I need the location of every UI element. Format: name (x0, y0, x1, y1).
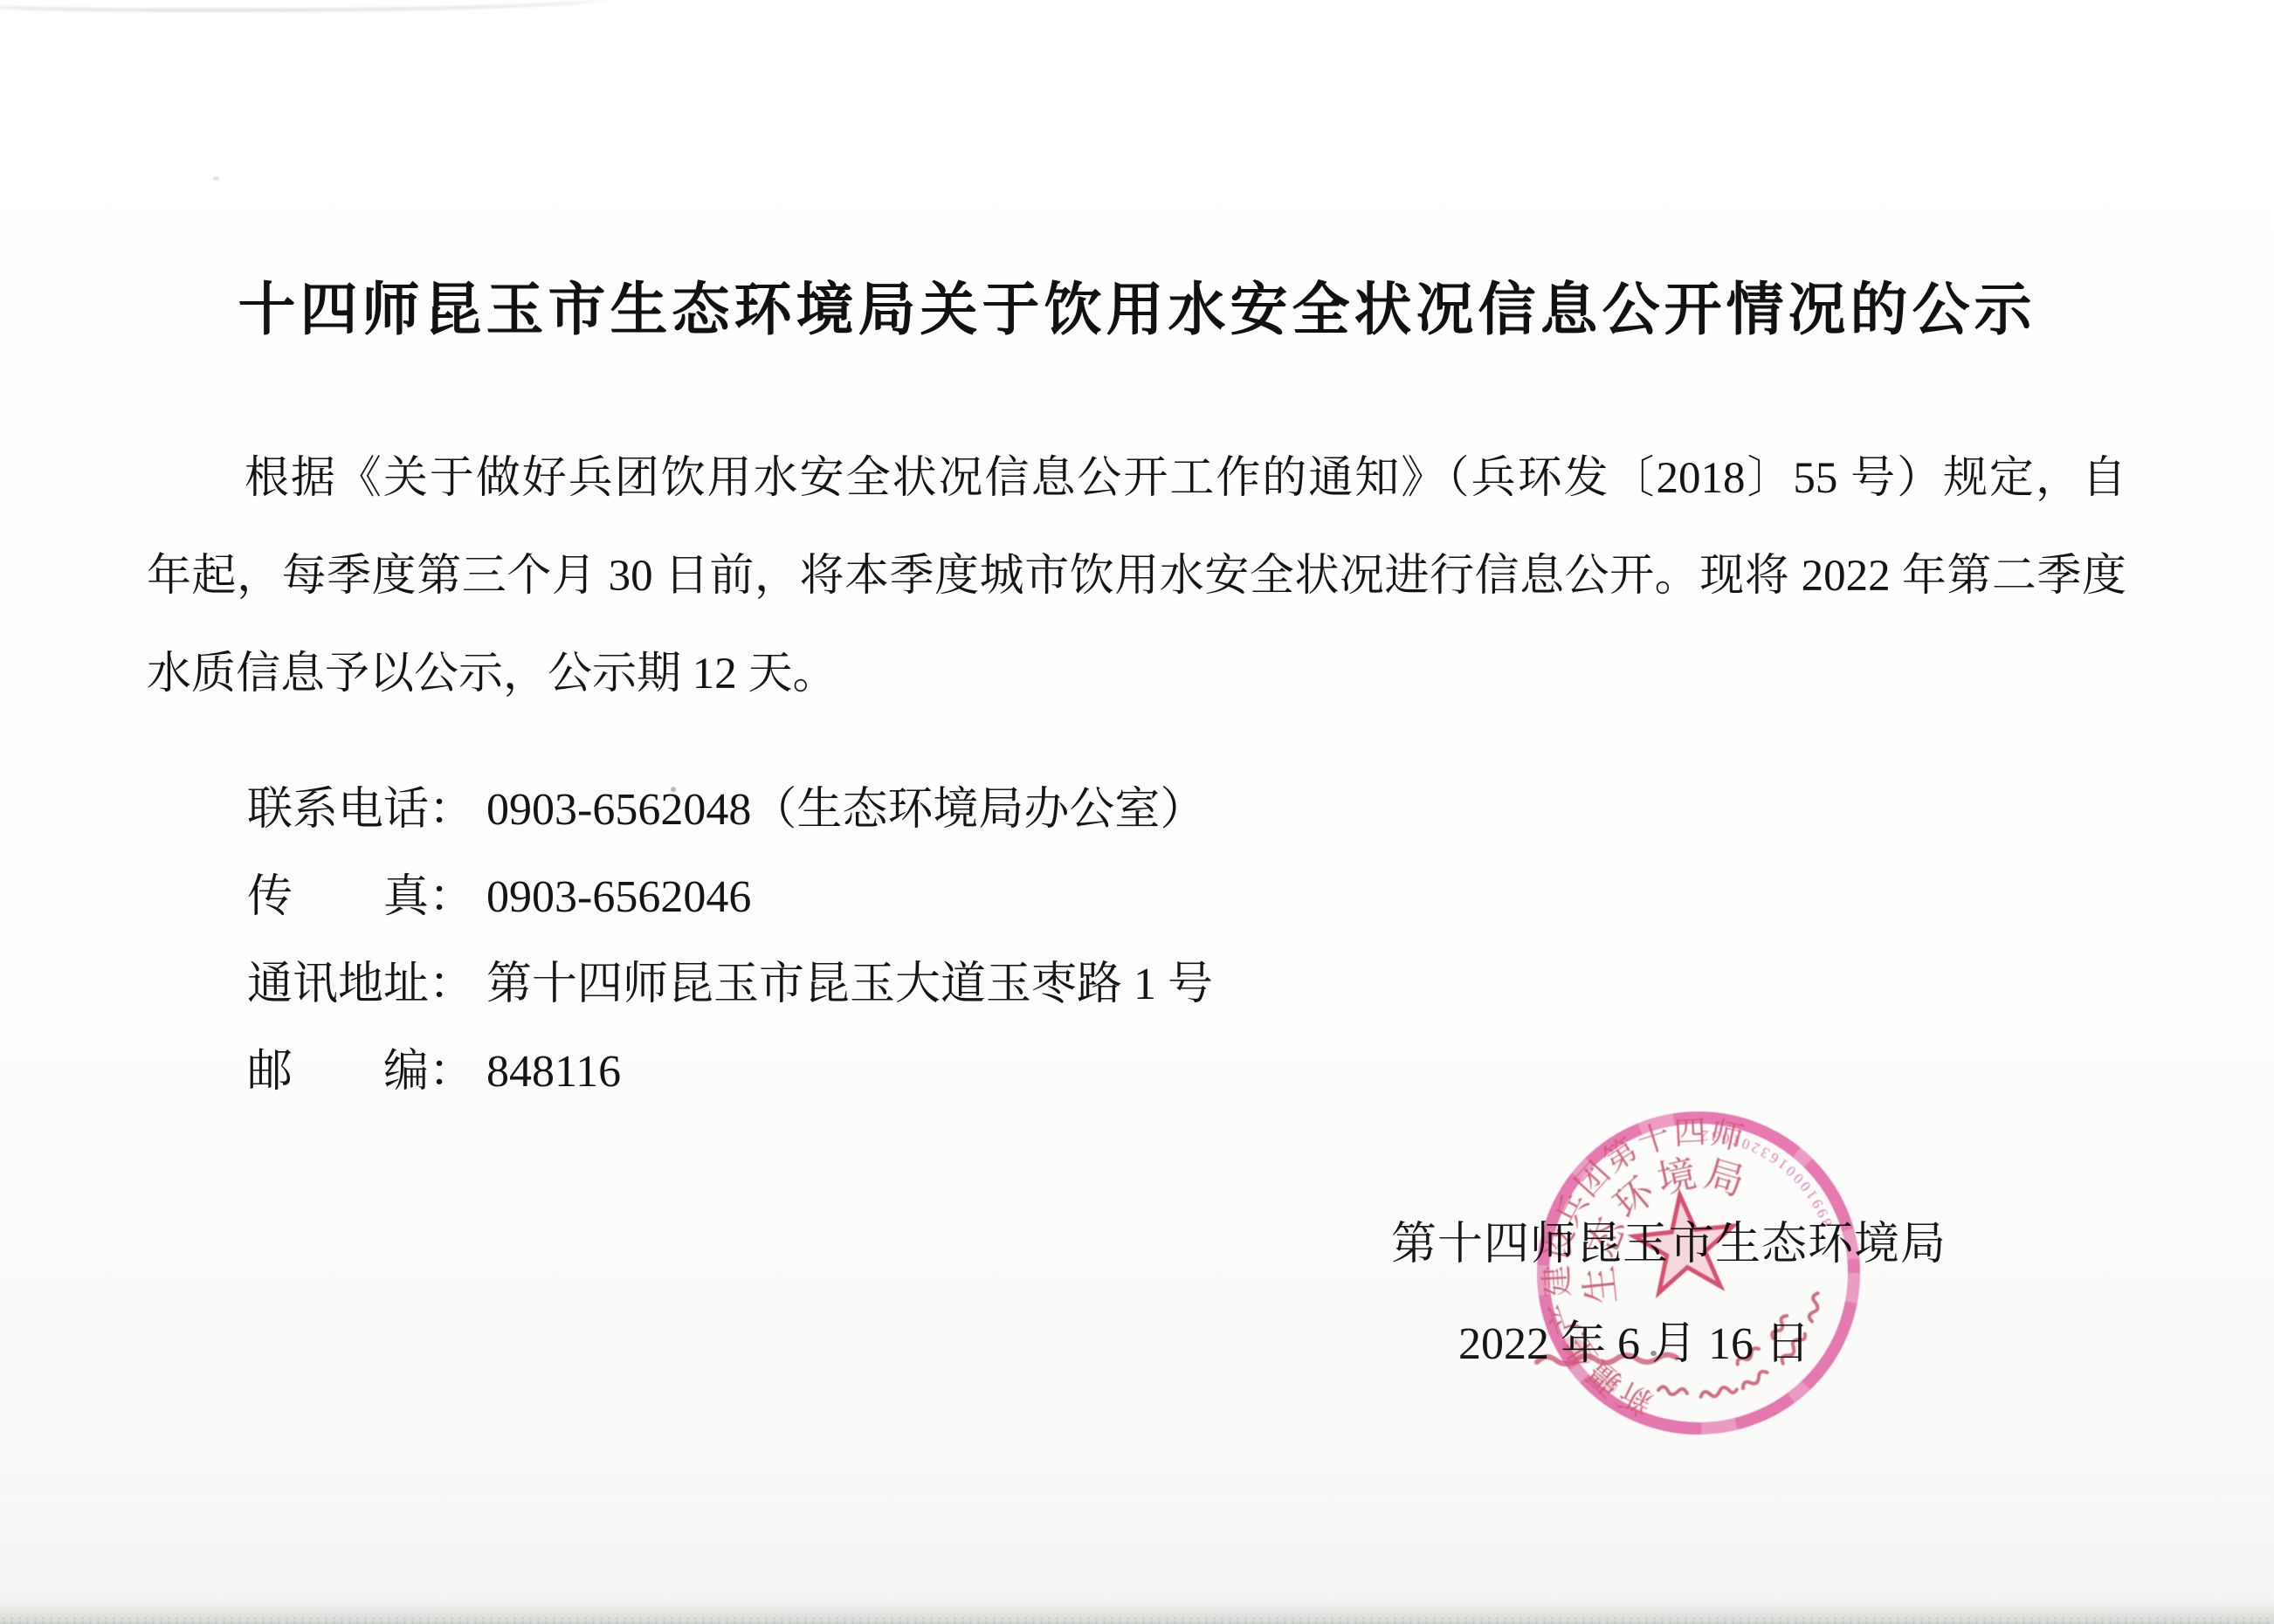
contact-value: 0903-6562048（生态环境局办公室） (486, 785, 1205, 835)
paragraph-line-1: 根据《关于做好兵团饮用水安全状况信息公开工作的通知》（兵环发〔2018〕55 号… (147, 430, 2126, 527)
contact-value: 第十四师昆玉市昆玉大道玉枣路 1 号 (486, 960, 1213, 1009)
body-paragraph: 根据《关于做好兵团饮用水安全状况信息公开工作的通知》（兵环发〔2018〕55 号… (147, 430, 2126, 723)
scan-speck (213, 176, 219, 181)
uyghur-arc-script (1658, 1292, 1822, 1399)
scanned-document-page: 十四师昆玉市生态环境局关于饮用水安全状况信息公开情况的公示 根据《关于做好兵团饮… (0, 0, 2274, 1624)
paragraph-line-2: 年起，每季度第三个月 30 日前，将本季度城市饮用水安全状况进行信息公开。现将 … (147, 527, 2126, 625)
contact-label: 通讯地址： (247, 960, 474, 1009)
contact-value: 0903-6562046 (486, 872, 751, 922)
contact-value: 848116 (486, 1047, 621, 1097)
official-seal-stamp: 新疆生产建设兵团第十四师 生态环境局 8991000163201032 (1471, 1046, 1926, 1500)
contact-row-fax: 传 真：0903-6562046 (247, 854, 1732, 941)
scan-bottom-speckle (0, 1616, 2274, 1624)
contact-row-phone: 联系电话：0903-6562048（生态环境局办公室） (247, 767, 1732, 854)
contact-label: 邮 编： (247, 1047, 474, 1097)
paragraph-line-3: 水质信息予以公示，公示期 12 天。 (147, 625, 2126, 723)
scan-edge-shadow (0, 0, 611, 11)
scan-speck (671, 787, 676, 792)
document-title: 十四师昆玉市生态环境局关于饮用水安全状况信息公开情况的公示 (0, 272, 2274, 349)
contact-label: 传 真： (247, 872, 474, 922)
contact-row-address: 通讯地址：第十四师昆玉市昆玉大道玉枣路 1 号 (247, 941, 1732, 1029)
contact-label: 联系电话： (247, 785, 474, 835)
